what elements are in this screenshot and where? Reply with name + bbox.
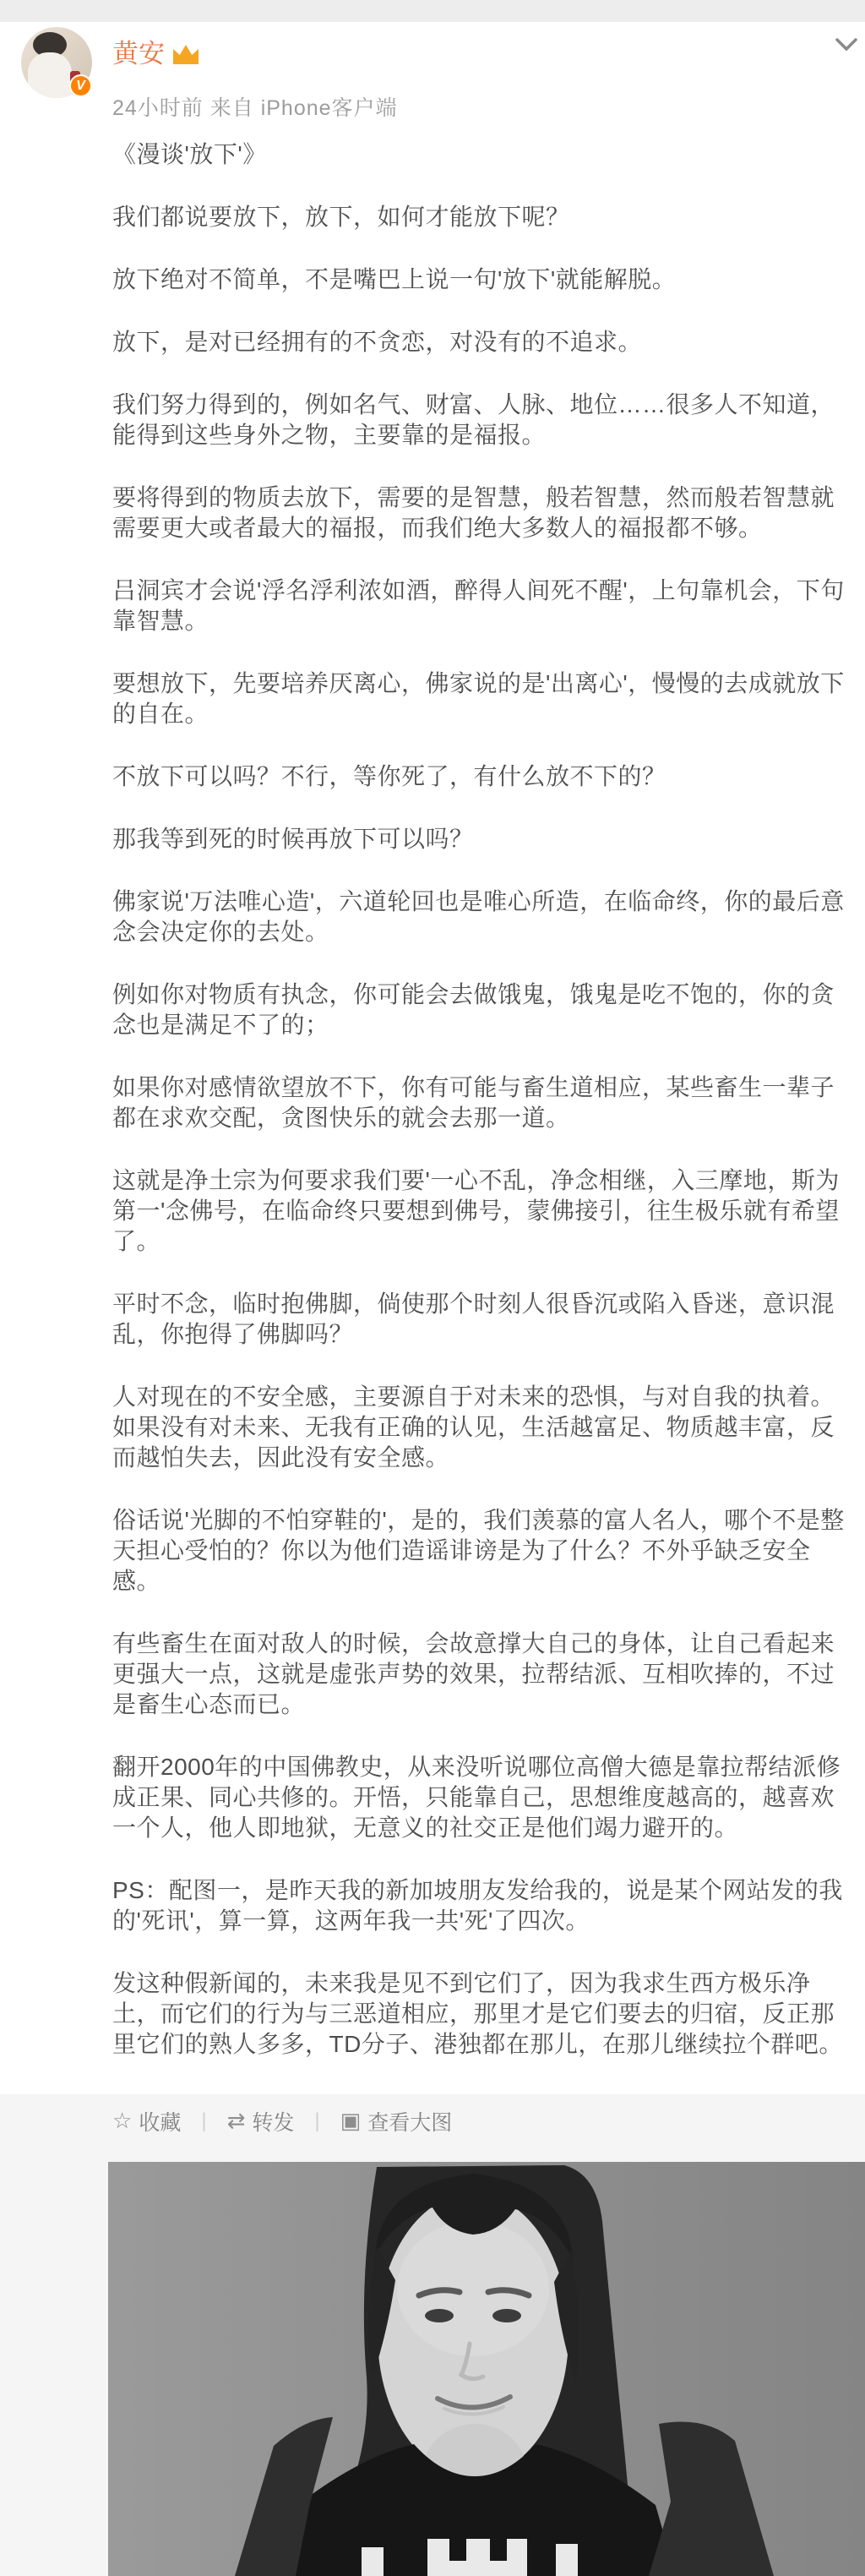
post-paragraph: 我们都说要放下，放下，如何才能放下呢？ (112, 202, 856, 232)
post-paragraph: 例如你对物质有执念，你可能会去做饿鬼，饿鬼是吃不饱的，你的贪念也是满足不了的； (112, 980, 856, 1040)
toolbar-divider: | (201, 2109, 206, 2133)
weibo-post-page: V 黄安 24小时前 来自 iPhone客户端 《漫谈'放下'》 我们都说要放下… (0, 0, 865, 2576)
media-section: ☆收藏 | ⇄转发 | ▣查看大图 (0, 2094, 865, 2576)
view-large-image-label: 查看大图 (367, 2106, 452, 2137)
favorite-label: 收藏 (139, 2106, 181, 2137)
post-paragraph: 要想放下，先要培养厌离心，佛家说的是'出离心'，慢慢的去成就放下的自在。 (112, 669, 856, 729)
post-paragraph: 吕洞宾才会说'浮名浮利浓如酒，醉得人间死不醒'，上句靠机会，下句靠智慧。 (112, 576, 856, 636)
post-paragraph: 这就是净土宗为何要求我们要'一心不乱，净念相继，入三摩地，斯为第一'念佛号，在临… (112, 1165, 856, 1257)
post-paragraph: 如果你对感情欲望放不下，你有可能与畜生道相应，某些畜生一辈子都在求欢交配，贪图快… (112, 1072, 856, 1133)
repost-label: 转发 (252, 2106, 294, 2137)
post-paragraph: 翻开2000年的中国佛教史，从来没听说哪位高僧大德是靠拉帮结派修成正果、同心共修… (112, 1752, 856, 1843)
post-paragraph: 俗话说'光脚的不怕穿鞋的'，是的，我们羡慕的富人名人，哪个不是整天担心受怕的？你… (112, 1505, 856, 1596)
view-image-icon: ▣ (340, 2109, 362, 2134)
post-paragraph: 那我等到死的时候再放下可以吗？ (112, 824, 856, 854)
post-paragraph: 放下，是对已经拥有的不贪恋，对没有的不追求。 (112, 327, 856, 357)
post-paragraph: 人对现在的不安全感，主要源自于对未来的恐惧，与对自我的执着。如果没有对未来、无我… (112, 1382, 856, 1473)
post-title: 《漫谈'放下'》 (112, 139, 856, 170)
portrait-photo-graphic (108, 2162, 865, 2576)
post-text: 《漫谈'放下'》 我们都说要放下，放下，如何才能放下呢？ 放下绝对不简单，不是嘴… (112, 139, 856, 2122)
avatar-body-shape (28, 52, 72, 98)
post-paragraph: 发这种假新闻的，未来我是见不到它们了，因为我求生西方极乐净土，而它们的行为与三恶… (112, 1968, 856, 2060)
post-card: V 黄安 24小时前 来自 iPhone客户端 《漫谈'放下'》 我们都说要放下… (0, 22, 865, 2094)
username-link[interactable]: 黄安 (112, 32, 199, 70)
post-paragraph: 放下绝对不简单，不是嘴巴上说一句'放下'就能解脱。 (112, 265, 856, 295)
username-text: 黄安 (112, 39, 165, 68)
post-paragraph: 我们努力得到的，例如名气、财富、人脉、地位……很多人不知道，能得到这些身外之物，… (112, 390, 856, 450)
post-timestamp: 24小时前 来自 iPhone客户端 (112, 91, 398, 122)
verified-v-badge-icon: V (69, 74, 92, 97)
media-toolbar: ☆收藏 | ⇄转发 | ▣查看大图 (112, 2106, 452, 2137)
chevron-down-icon[interactable] (835, 37, 858, 52)
repost-button[interactable]: ⇄转发 (227, 2106, 295, 2137)
post-paragraph: 平时不念，临时抱佛脚，倘使那个时刻人很昏沉或陷入昏迷，意识混乱，你抱得了佛脚吗？ (112, 1289, 856, 1350)
star-favorite-icon: ☆ (112, 2109, 132, 2134)
favorite-button[interactable]: ☆收藏 (112, 2106, 181, 2137)
post-paragraph: 佛家说'万法唯心造'，六道轮回也是唯心所造，在临命终，你的最后意念会决定你的去处… (112, 887, 856, 947)
repost-icon: ⇄ (227, 2109, 246, 2134)
post-paragraph: 要将得到的物质去放下，需要的是智慧，般若智慧，然而般若智慧就需要更大或者最大的福… (112, 483, 856, 543)
post-paragraph: 有些畜生在面对敌人的时候，会故意撑大自己的身体，让自己看起来更强大一点，这就是虚… (112, 1629, 856, 1720)
view-large-image-button[interactable]: ▣查看大图 (340, 2106, 453, 2137)
crown-vip-icon (173, 45, 199, 64)
toolbar-divider: | (314, 2109, 319, 2133)
post-photo[interactable] (108, 2162, 865, 2576)
post-paragraph: 不放下可以吗？不行，等你死了，有什么放不下的？ (112, 761, 856, 792)
post-paragraph: PS：配图一，是昨天我的新加坡朋友发给我的，说是某个网站发的我的'死讯'，算一算… (112, 1875, 856, 1936)
page-top-strip (0, 0, 865, 22)
